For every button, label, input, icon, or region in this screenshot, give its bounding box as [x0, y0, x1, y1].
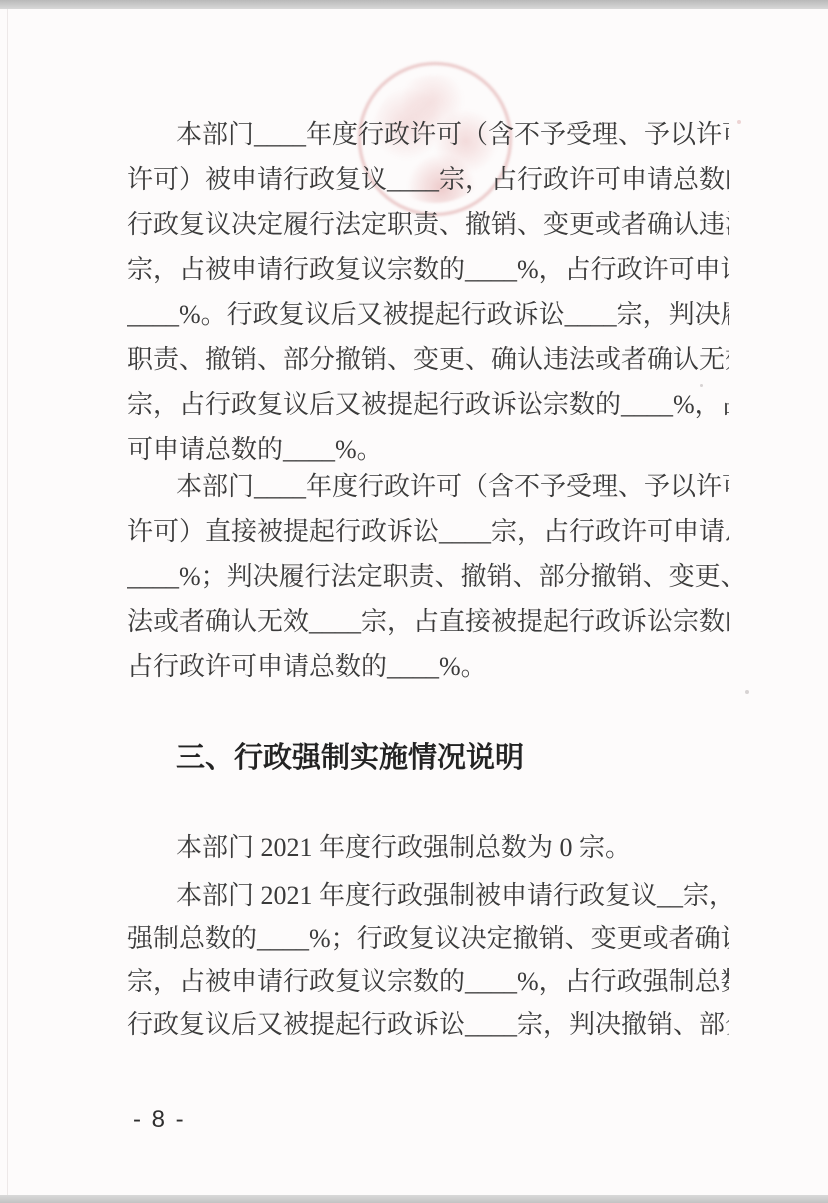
scanned-document-page: { "colors": { "paper": "#fdfbfb", "text"… [0, 0, 828, 1203]
paragraph-line: 宗，占被申请行政复议宗数的____%，占行政许可申请总数的 [127, 247, 729, 292]
paragraph-line: 法或者确认无效____宗，占直接被提起行政诉讼宗数的____%， [127, 599, 729, 644]
paragraph-line: ____%。行政复议后又被提起行政诉讼____宗，判决履行法定 [127, 292, 729, 337]
scan-artifact-line [7, 9, 8, 1195]
paragraph-line: 本部门____年度行政许可（含不予受理、予以许可和不予 [127, 112, 729, 157]
paragraph-line: 强制总数的____%；行政复议决定撤销、变更或者确认违法____ [127, 917, 729, 960]
paragraph-line: 本部门 2021 年度行政强制被申请行政复议__宗，占行政 [127, 874, 729, 917]
scan-edge-bottom [0, 1195, 828, 1203]
scan-speck [745, 690, 749, 694]
section-heading: 三、行政强制实施情况说明 [127, 740, 729, 776]
paragraph-line: 本部门____年度行政许可（含不予受理、予以许可和不予 [127, 464, 729, 509]
paragraph-line: ____%；判决履行法定职责、撤销、部分撤销、变更、确认违 [127, 554, 729, 599]
scan-speck [737, 120, 741, 124]
paragraph-line: 行政复议后又被提起行政诉讼____宗，判决撤销、部分撤销、 [127, 1003, 729, 1046]
paragraph-enforcement-total: 本部门 2021 年度行政强制总数为 0 宗。 [127, 830, 729, 866]
paragraph-line: 许可）被申请行政复议____宗，占行政许可申请总数的____%； [127, 157, 729, 202]
paragraph-line: 占行政许可申请总数的____%。 [127, 644, 729, 689]
paragraph-line: 职责、撤销、部分撤销、变更、确认违法或者确认无效____ [127, 337, 729, 382]
paragraph-line: 行政复议决定履行法定职责、撤销、变更或者确认违法____ [127, 202, 729, 247]
paragraph-licensing-litigation: 本部门____年度行政许可（含不予受理、予以许可和不予 许可）直接被提起行政诉讼… [127, 464, 729, 689]
paragraph-licensing-reconsideration: 本部门____年度行政许可（含不予受理、予以许可和不予 许可）被申请行政复议__… [127, 112, 729, 472]
paragraph-enforcement-reconsideration: 本部门 2021 年度行政强制被申请行政复议__宗，占行政 强制总数的____%… [127, 874, 729, 1046]
scan-edge-top [0, 0, 828, 9]
paragraph-line: 宗，占行政复议后又被提起行政诉讼宗数的____%，占行政许 [127, 382, 729, 427]
paragraph-line: 宗，占被申请行政复议宗数的____%，占行政强制总数的____%。 [127, 960, 729, 1003]
paragraph-line: 许可）直接被提起行政诉讼____宗，占行政许可申请总数的 [127, 509, 729, 554]
page-number: - 8 - [133, 1106, 186, 1134]
